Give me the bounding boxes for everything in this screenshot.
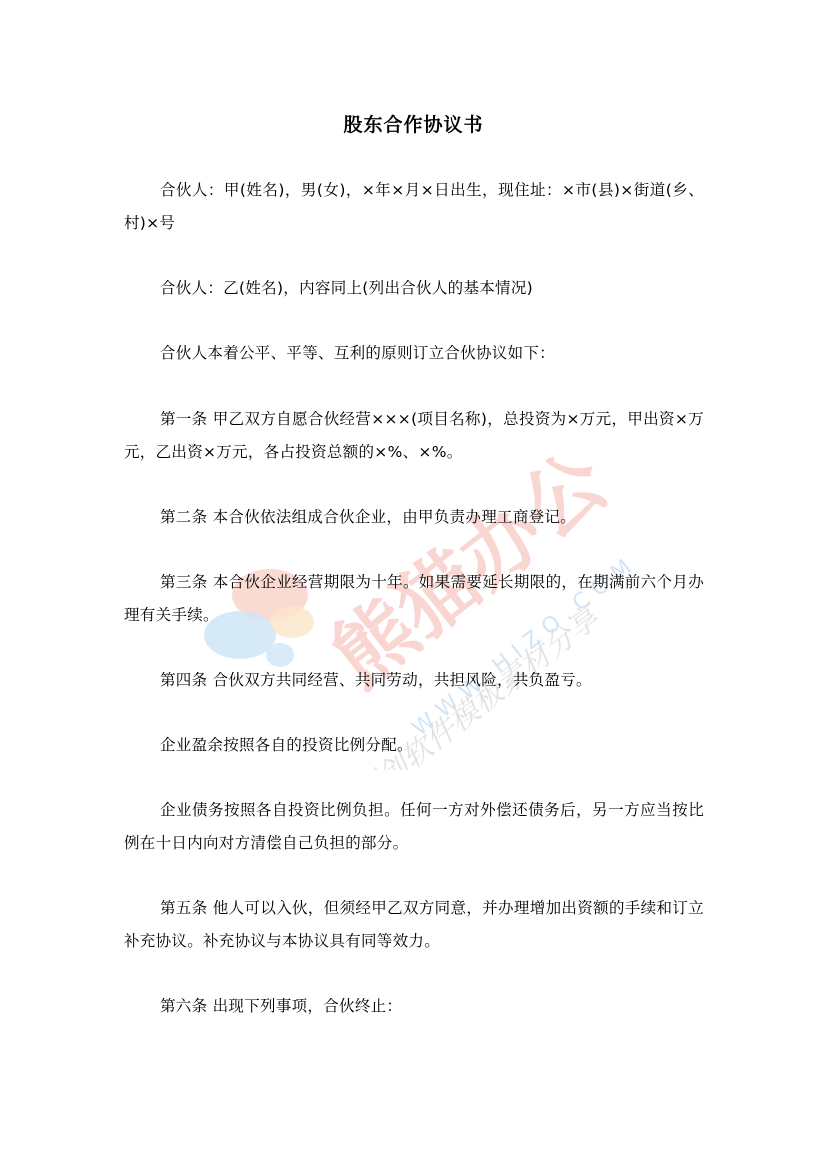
paragraph-preamble: 合伙人本着公平、平等、互利的原则订立合伙协议如下： — [124, 337, 704, 370]
paragraph-partner-a: 合伙人：甲(姓名)，男(女)，×年×月×日出生，现住址：×市(县)×街道(乡、村… — [124, 174, 704, 240]
paragraph-article-1: 第一条 甲乙双方自愿合伙经营×××(项目名称)，总投资为×万元，甲出资×万元，乙… — [124, 403, 704, 469]
paragraph-article-5: 第五条 他人可以入伙，但须经甲乙双方同意，并办理增加出资额的手续和订立补充协议。… — [124, 892, 704, 958]
document-title: 股东合作协议书 — [0, 110, 827, 137]
paragraph-article-4: 第四条 合伙双方共同经营、共同劳动，共担风险，共负盈亏。 — [124, 664, 704, 697]
paragraph-article-6: 第六条 出现下列事项，合伙终止： — [124, 990, 704, 1023]
paragraph-profit-distribution: 企业盈余按照各自的投资比例分配。 — [124, 729, 704, 762]
paragraph-partner-b: 合伙人：乙(姓名)，内容同上(列出合伙人的基本情况) — [124, 272, 704, 305]
document-page: 熊猫办公 WWW.HIZO.COM 专业原创软件模板素材分享 股东合作协议书 合… — [0, 0, 827, 1169]
paragraph-debt-sharing: 企业债务按照各自投资比例负担。任何一方对外偿还债务后，另一方应当按比例在十日内向… — [124, 794, 704, 860]
paragraph-article-2: 第二条 本合伙依法组成合伙企业，由甲负责办理工商登记。 — [124, 501, 704, 534]
paragraph-article-3: 第三条 本合伙企业经营期限为十年。如果需要延长期限的，在期满前六个月办理有关手续… — [124, 566, 704, 632]
